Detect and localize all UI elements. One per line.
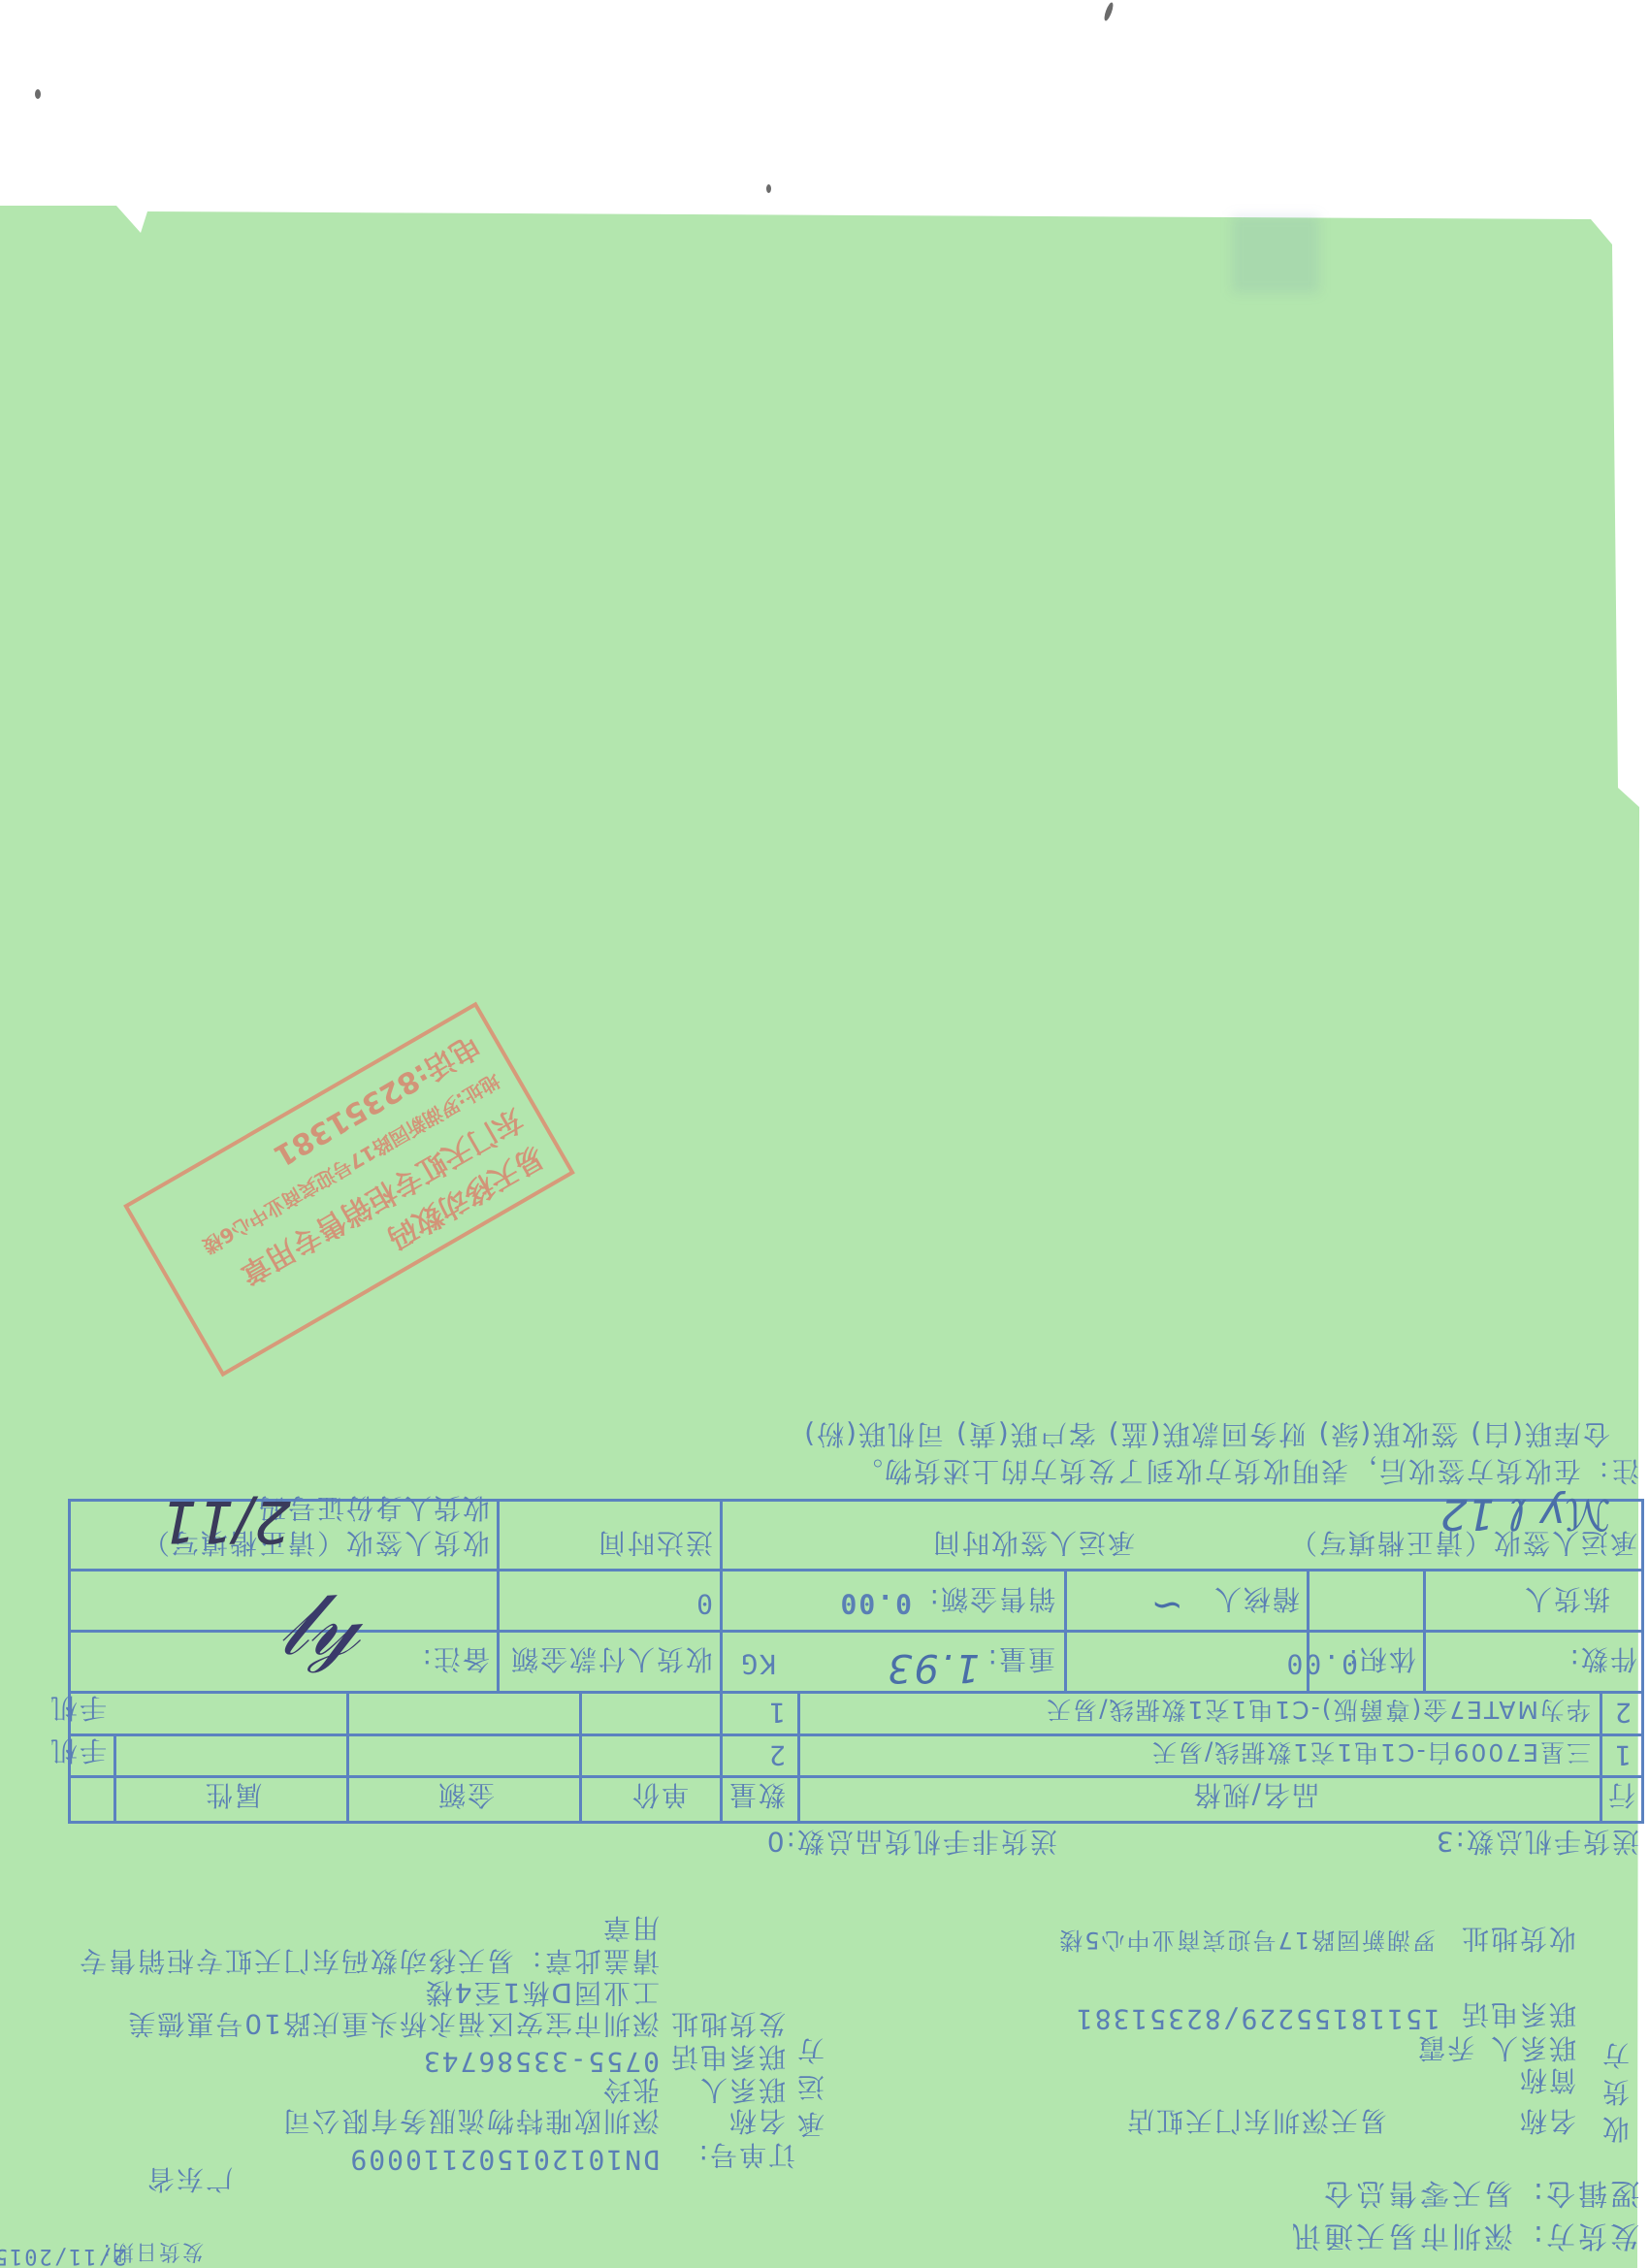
- remark-label: 备注:: [421, 1641, 490, 1680]
- table-row-divider: [68, 1569, 1644, 1571]
- reviewer-signature: ∽: [1148, 1583, 1183, 1628]
- sales-amount-value: 0.00: [839, 1588, 912, 1620]
- table-col-divider: [720, 1694, 723, 1824]
- sender-label: 发货方:: [1531, 2218, 1639, 2260]
- col-header-attr: 属性: [204, 1777, 262, 1816]
- picker-label: 拣货人: [1523, 1581, 1610, 1620]
- order-no-value: DN101201502110009: [348, 2144, 660, 2176]
- carrier-side-label: 承运方: [795, 2031, 824, 2142]
- order-no-label: 订单号:: [697, 2137, 795, 2176]
- table-col-divider: [1423, 1571, 1426, 1694]
- weight-value-handwritten: 1.93: [886, 1645, 980, 1690]
- row-1-name: 三星E7009白-C1电1充1数据线/易天: [1150, 1736, 1591, 1771]
- handwritten-date: 2/11: [160, 1487, 291, 1555]
- receiver-side-label: 收货方: [1600, 2036, 1630, 2147]
- stamp-note: 请盖此章：易天移动数码东门天虹专柜销售专用章: [58, 1911, 660, 1977]
- col-header-line: 行: [1606, 1777, 1635, 1816]
- ship-date-value: 2/11/2015: [0, 2244, 126, 2268]
- sender-value: 深圳市易天通讯: [1289, 2218, 1513, 2260]
- receiver-id-label: 收货人身份证号码: [257, 1490, 490, 1529]
- payment-value: 0: [695, 1588, 713, 1620]
- table-col-divider: [497, 1571, 500, 1694]
- company-stamp: 易天移动数码 东门天虹专柜销售专用章 地址:罗湖新园路17号迎宾商业中心6楼 电…: [123, 1002, 575, 1377]
- receiver-contact-value: 乔霞: [1416, 2030, 1474, 2069]
- province: 广东省: [145, 2161, 233, 2200]
- table-col-divider: [1600, 1694, 1602, 1824]
- col-header-qty: 数量: [727, 1777, 786, 1816]
- table-col-divider: [497, 1499, 500, 1571]
- payment-label: 收货人付款金额: [509, 1641, 713, 1680]
- carrier-address-line2: 工业园D栋1至4楼: [424, 1975, 660, 2014]
- receiver-address-value: 罗湖新园路17号迎宾商业中心5楼: [1057, 1926, 1436, 1960]
- receiver-contact-label: 联系人: [1489, 2030, 1576, 2069]
- carrier-phone-label: 联系电话: [669, 2039, 786, 2078]
- table-col-divider: [797, 1694, 800, 1824]
- row-2-attr: 手机: [48, 1690, 107, 1729]
- receiver-phone-label: 联系电话: [1460, 1996, 1576, 2035]
- non-phone-total: 送货非手机货品总数:0: [765, 1824, 1057, 1863]
- footer-note: 注：在收货方签收后，表明收货方收到了发货方的上述货物。: [854, 1453, 1639, 1492]
- phone-total: 送货手机总数:3: [1435, 1824, 1639, 1863]
- delivery-time-label: 送达时间: [597, 1525, 713, 1564]
- volume-value: 0.00: [1285, 1648, 1358, 1680]
- table-col-divider: [1064, 1571, 1067, 1694]
- warehouse-label: 逻辑仓:: [1531, 2175, 1639, 2218]
- table-col-divider: [720, 1500, 723, 1694]
- receiver-name-label: 名称: [1518, 2103, 1576, 2142]
- receiver-signature: 𝓁𝓎: [279, 1573, 359, 1676]
- carrier-phone-value: 0755-33586743: [422, 2046, 660, 2078]
- receiver-phone-value: 15118155229/82351381: [1075, 2003, 1440, 2035]
- row-1-qty: 2: [767, 1739, 786, 1771]
- weight-unit: KG: [739, 1648, 776, 1680]
- row-2-line: 2: [1613, 1697, 1632, 1729]
- sales-amount-label: 销售金额:: [928, 1581, 1055, 1620]
- carrier-signature: ℳy ℓ 12: [1440, 1489, 1610, 1539]
- table-col-divider: [346, 1694, 349, 1824]
- row-2-name: 华为MATE7金(尊爵版)-C1电1充1数据线/易天: [1045, 1694, 1591, 1729]
- row-2-qty: 1: [767, 1697, 786, 1729]
- weight-label: 重量:: [986, 1641, 1055, 1680]
- carrier-contact-value: 张玲: [601, 2072, 660, 2111]
- carrier-sign-time-label: 承运人签收时间: [931, 1525, 1135, 1564]
- upside-down-content: 发货方: 深圳市易天通讯 逻辑仓: 易天零售总仓 发货日期: 2/11/2015…: [0, 0, 1649, 2268]
- row-1-attr: 手机: [48, 1733, 107, 1771]
- carrier-contact-label: 联系人: [698, 2072, 786, 2111]
- reviewer-label: 稽核人: [1212, 1581, 1300, 1620]
- warehouse-value: 易天零售总仓: [1321, 2175, 1513, 2218]
- col-header-name: 品名/规格: [1192, 1777, 1319, 1816]
- table-border-top: [68, 1821, 1644, 1824]
- table-row-divider: [68, 1775, 1644, 1778]
- col-header-amount: 金额: [436, 1777, 495, 1816]
- pieces-label: 件数:: [1568, 1641, 1637, 1680]
- receiver-address-label: 收货地址: [1460, 1921, 1576, 1960]
- carrier-address-label: 发货地址: [669, 2006, 786, 2045]
- receiver-name-value: 易天深圳东门天虹店: [1125, 2103, 1387, 2142]
- table-col-divider: [579, 1694, 582, 1824]
- footer-copies: 仓库联(白) 签收联(绿) 财务回款联(蓝) 客户联(黄) 司机联(粉): [802, 1416, 1610, 1455]
- col-header-price: 单价: [630, 1777, 689, 1816]
- row-1-line: 1: [1613, 1739, 1632, 1771]
- table-col-divider: [113, 1736, 116, 1824]
